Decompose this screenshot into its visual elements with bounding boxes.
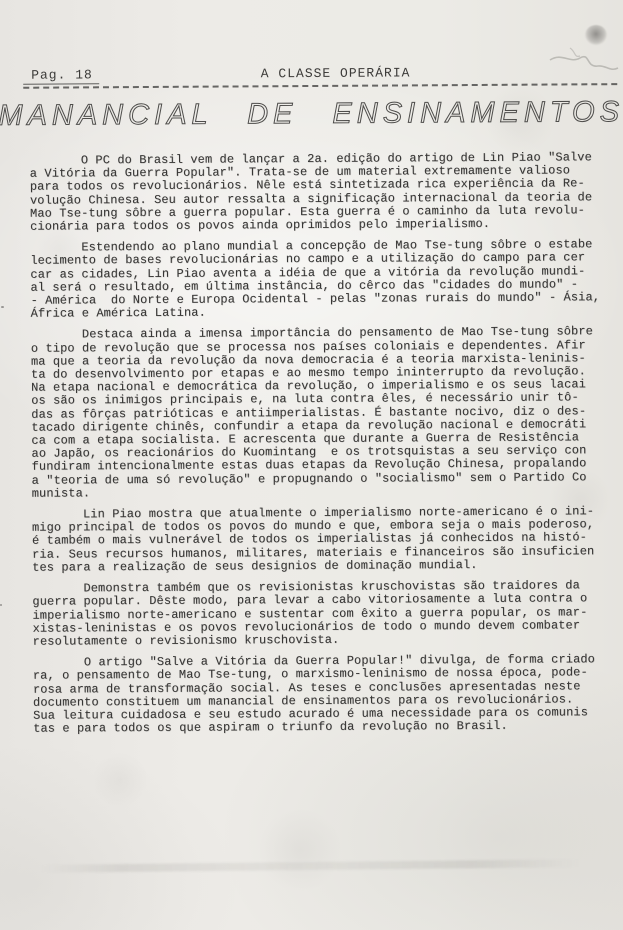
article-paragraph: Estendendo ao plano mundial a concepção … (30, 238, 610, 321)
article-paragraph: Demonstra também que os revisionistas kr… (32, 579, 612, 649)
article-paragraph: O artigo "Salve a Vitória da Guerra Popu… (33, 653, 613, 736)
article-paragraph: Destaca ainda a imensa importância do pe… (31, 326, 612, 501)
journal-title: A CLASSE OPERÁRIA (257, 65, 415, 82)
scanned-document-page: Pag. 18 A CLASSE OPERÁRIA MANANCIAL DE E… (0, 0, 623, 930)
scan-content: Pag. 18 A CLASSE OPERÁRIA MANANCIAL DE E… (0, 0, 623, 930)
article-title: MANANCIAL DE ENSINAMENTOS (0, 96, 622, 133)
page-number-label: Pag. 18 (23, 67, 99, 84)
article-body: O PC do Brasil vem de lançar a 2a. ediçã… (30, 151, 614, 744)
article-paragraph: O PC do Brasil vem de lançar a 2a. ediçã… (30, 151, 610, 234)
article-paragraph: Lin Piao mostra que atualmente o imperia… (32, 505, 612, 575)
page-header: Pag. 18 A CLASSE OPERÁRIA (23, 64, 617, 89)
